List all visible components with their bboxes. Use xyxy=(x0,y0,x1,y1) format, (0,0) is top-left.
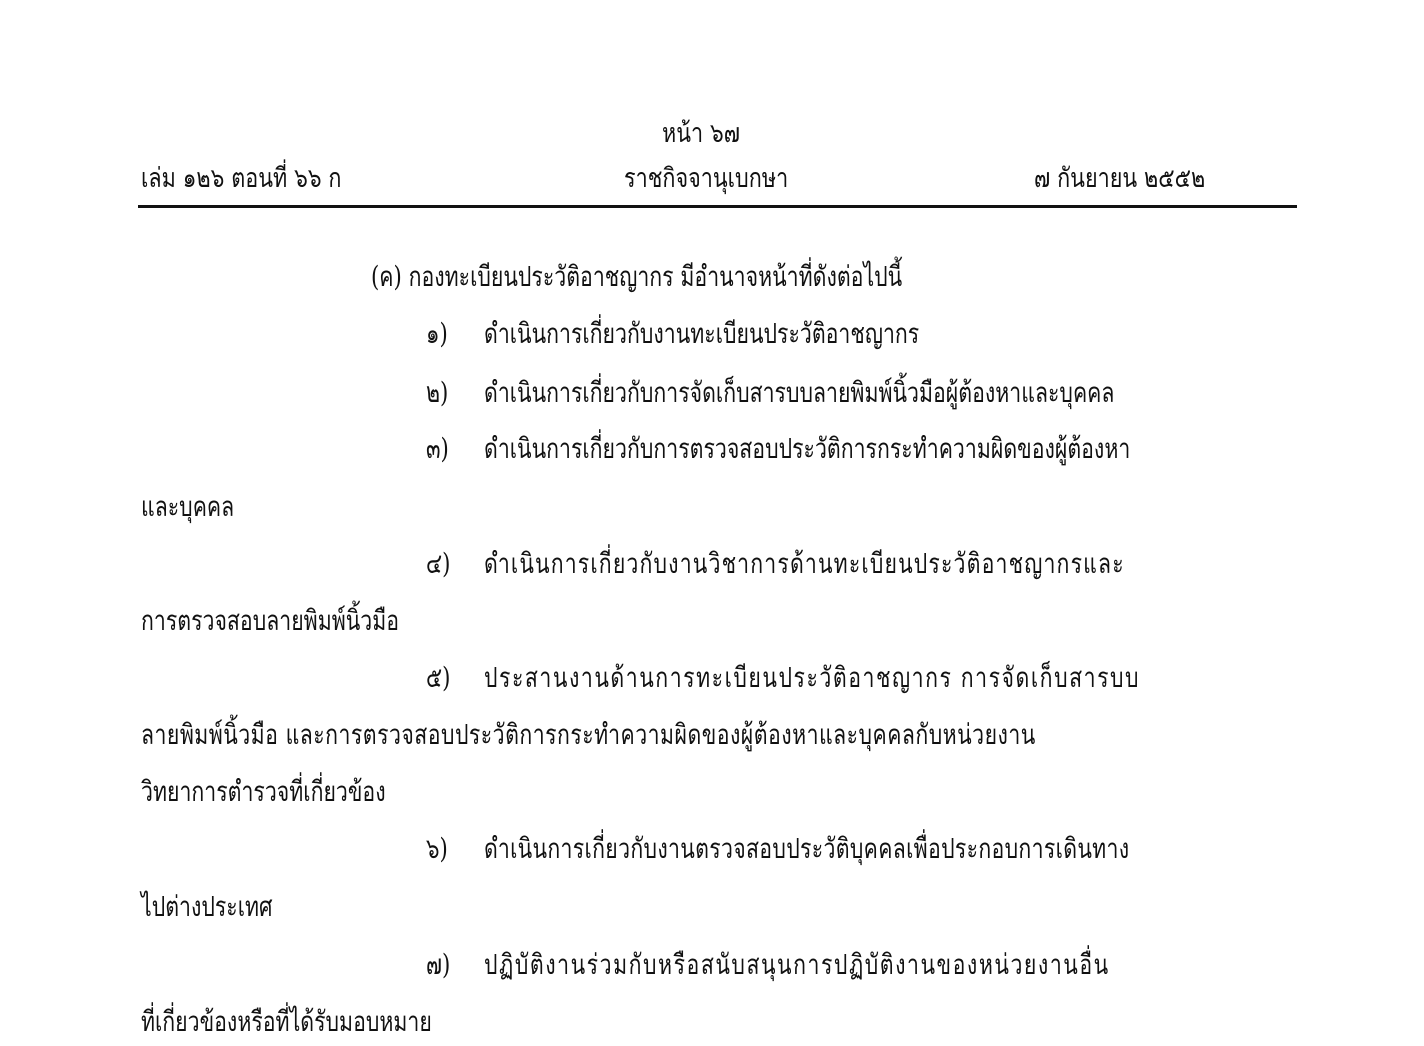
page-number: หน้า ๖๗ xyxy=(662,118,740,150)
item-3-number: ๓) xyxy=(426,432,449,466)
item-7-text-line-2: ที่เกี่ยวข้องหรือที่ได้รับมอบหมาย xyxy=(141,1005,432,1039)
item-5-text-line-1: ประสานงานด้านการทะเบียนประวัติอาชญากร กา… xyxy=(484,661,1140,695)
item-5-number: ๕) xyxy=(426,661,450,695)
item-1-text: ดำเนินการเกี่ยวกับงานทะเบียนประวัติอาชญา… xyxy=(484,317,919,351)
item-1-number: ๑) xyxy=(426,317,448,351)
item-6-text-line-2: ไปต่างประเทศ xyxy=(141,890,273,924)
publication-date: ๗ กันยายน ๒๕๕๒ xyxy=(1034,163,1205,195)
item-2-number: ๒) xyxy=(426,376,448,410)
item-5-text-line-2: ลายพิมพ์นิ้วมือ และการตรวจสอบประวัติการก… xyxy=(141,718,1036,752)
volume-issue: เล่ม ๑๒๖ ตอนที่ ๖๖ ก xyxy=(141,163,341,195)
header-divider xyxy=(138,205,1297,208)
item-3-text-line-1: ดำเนินการเกี่ยวกับการตรวจสอบประวัติการกร… xyxy=(484,432,1130,466)
item-6-number: ๖) xyxy=(426,832,448,866)
item-4-text-line-2: การตรวจสอบลายพิมพ์นิ้วมือ xyxy=(141,604,399,638)
publication-title: ราชกิจจานุเบกษา xyxy=(624,163,788,195)
item-7-text-line-1: ปฏิบัติงานร่วมกับหรือสนับสนุนการปฏิบัติง… xyxy=(484,948,1110,982)
item-7-number: ๗) xyxy=(426,948,450,982)
item-4-text-line-1: ดำเนินการเกี่ยวกับงานวิชาการด้านทะเบียนป… xyxy=(484,547,1125,581)
item-6-text-line-1: ดำเนินการเกี่ยวกับงานตรวจสอบประวัติบุคคล… xyxy=(484,832,1129,866)
item-3-text-line-2: และบุคคล xyxy=(141,490,234,524)
section-heading: (ค) กองทะเบียนประวัติอาชญากร มีอำนาจหน้า… xyxy=(371,260,902,294)
gazette-page: หน้า ๖๗ เล่ม ๑๒๖ ตอนที่ ๖๖ ก ราชกิจจานุเ… xyxy=(0,0,1424,1046)
item-4-number: ๔) xyxy=(426,547,450,581)
item-2-text: ดำเนินการเกี่ยวกับการจัดเก็บสารบบลายพิมพ… xyxy=(484,376,1114,410)
item-5-text-line-3: วิทยาการตำรวจที่เกี่ยวข้อง xyxy=(141,775,386,809)
